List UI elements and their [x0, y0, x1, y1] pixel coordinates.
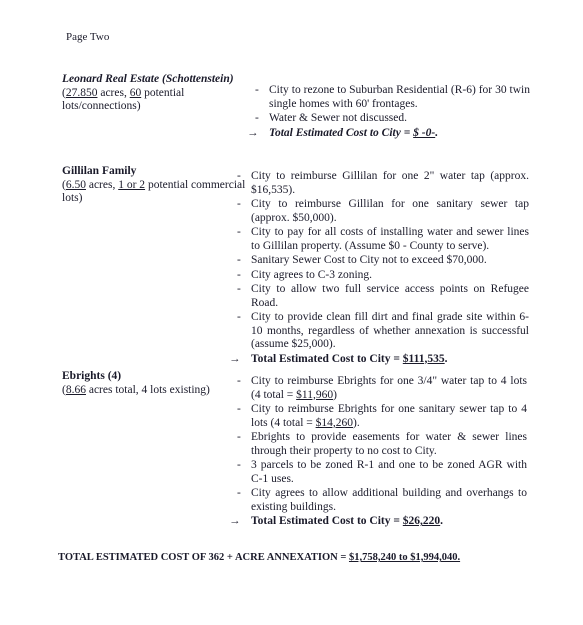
item-text: City agrees to allow additional building…: [251, 487, 527, 513]
item-text: Ebrights to provide easements for water …: [251, 431, 527, 457]
section-details: (6.50 acres, 1 or 2 potential commercial…: [62, 179, 247, 206]
bullet: -: [255, 112, 267, 126]
item-text: City to reimburse Gillilan for one sanit…: [251, 198, 529, 224]
page-label: Page Two: [66, 31, 109, 45]
bullet: -: [237, 283, 249, 297]
item-text: City to reimburse Ebrights for one 3/4" …: [251, 375, 527, 401]
section-total: →Total Estimated Cost to City = $26,220.: [237, 515, 527, 529]
bullet: -: [237, 375, 249, 389]
bullet: -: [237, 226, 249, 240]
section-ebrights-heading: Ebrights (4) (8.66 acres total, 4 lots e…: [62, 370, 237, 397]
list-item: -City to reimburse Gillilan for one 2" w…: [237, 170, 529, 197]
section-name: Ebrights (4): [62, 370, 237, 384]
arrow-right-icon: →: [229, 353, 241, 367]
section-gillilan-items: -City to reimburse Gillilan for one 2" w…: [237, 170, 529, 367]
bullet: -: [237, 311, 249, 325]
total-value: $ -0-: [413, 127, 435, 139]
details-lots: 1 or 2: [118, 179, 145, 191]
item-text: City to allow two full service access po…: [251, 283, 529, 309]
arrow-right-icon: →: [229, 515, 241, 529]
details-text: acres total, 4 lots existing): [86, 384, 210, 396]
item-value: $14,260: [316, 417, 353, 429]
item-text: City to provide clean fill dirt and fina…: [251, 311, 529, 350]
bullet: -: [237, 487, 249, 501]
list-item: -City agrees to allow additional buildin…: [237, 487, 527, 514]
section-leonard-heading: Leonard Real Estate (Schottenstein) (27.…: [62, 73, 247, 114]
total-suffix: .: [445, 353, 448, 365]
item-text: City agrees to C-3 zoning.: [251, 269, 372, 281]
list-item: -City to reimburse Gillilan for one sani…: [237, 198, 529, 225]
list-item: -Water & Sewer not discussed.: [255, 112, 530, 126]
list-item: -City to provide clean fill dirt and fin…: [237, 311, 529, 352]
section-gillilan-heading: Gillilan Family (6.50 acres, 1 or 2 pote…: [62, 165, 247, 206]
arrow-right-icon: →: [247, 127, 259, 141]
list-item: -Ebrights to provide easements for water…: [237, 431, 527, 458]
bullet: -: [237, 254, 249, 268]
item-text: Sanitary Sewer Cost to City not to excee…: [251, 254, 487, 266]
section-total: →Total Estimated Cost to City = $ -0-.: [255, 127, 530, 141]
details-text: acres,: [97, 87, 129, 99]
details-acres: 6.50: [66, 179, 86, 191]
item-value: $11,960: [296, 389, 333, 401]
list-item: -City to reimburse Ebrights for one 3/4"…: [237, 375, 527, 402]
bullet: -: [237, 269, 249, 283]
total-label: Total Estimated Cost to City =: [251, 515, 403, 527]
grand-total-value: $1,758,240 to $1,994,040.: [349, 552, 460, 563]
list-item: -City agrees to C-3 zoning.: [237, 269, 529, 283]
details-lots: 60: [130, 87, 142, 99]
list-item: -Sanitary Sewer Cost to City not to exce…: [237, 254, 529, 268]
grand-total: TOTAL ESTIMATED COST OF 362 + ACRE ANNEX…: [58, 551, 460, 565]
section-name: Gillilan Family: [62, 165, 247, 179]
item-text: City to reimburse Gillilan for one 2" wa…: [251, 170, 529, 196]
item-suffix: ).: [353, 417, 360, 429]
list-item: -City to rezone to Suburban Residential …: [255, 84, 530, 111]
total-label: Total Estimated Cost to City =: [269, 127, 413, 139]
section-leonard-items: -City to rezone to Suburban Residential …: [255, 84, 530, 141]
details-text: acres,: [86, 179, 118, 191]
item-text: Water & Sewer not discussed.: [269, 112, 407, 124]
bullet: -: [237, 170, 249, 184]
bullet: -: [237, 403, 249, 417]
bullet: -: [237, 198, 249, 212]
section-details: (8.66 acres total, 4 lots existing): [62, 384, 237, 398]
total-suffix: .: [435, 127, 438, 139]
grand-total-label: TOTAL ESTIMATED COST OF 362 + ACRE ANNEX…: [58, 552, 349, 563]
details-acres: 27.850: [66, 87, 98, 99]
bullet: -: [237, 459, 249, 473]
details-acres: 8.66: [66, 384, 86, 396]
section-ebrights-items: -City to reimburse Ebrights for one 3/4"…: [237, 375, 527, 530]
list-item: -City to pay for all costs of installing…: [237, 226, 529, 253]
list-item: -City to reimburse Ebrights for one sani…: [237, 403, 527, 430]
item-text: City to rezone to Suburban Residential (…: [269, 84, 530, 110]
item-text: City to reimburse Ebrights for one sanit…: [251, 403, 527, 429]
list-item: -3 parcels to be zoned R-1 and one to be…: [237, 459, 527, 486]
bullet: -: [237, 431, 249, 445]
section-total: →Total Estimated Cost to City = $111,535…: [237, 353, 529, 367]
list-item: -City to allow two full service access p…: [237, 283, 529, 310]
total-label: Total Estimated Cost to City =: [251, 353, 403, 365]
total-value: $111,535: [403, 353, 445, 365]
item-text: City to pay for all costs of installing …: [251, 226, 529, 252]
total-suffix: .: [440, 515, 443, 527]
total-value: $26,220: [403, 515, 440, 527]
section-details: (27.850 acres, 60 potential lots/connect…: [62, 87, 247, 114]
item-suffix: ): [333, 389, 337, 401]
section-name: Leonard Real Estate (Schottenstein): [62, 73, 247, 87]
bullet: -: [255, 84, 267, 98]
item-text: 3 parcels to be zoned R-1 and one to be …: [251, 459, 527, 485]
